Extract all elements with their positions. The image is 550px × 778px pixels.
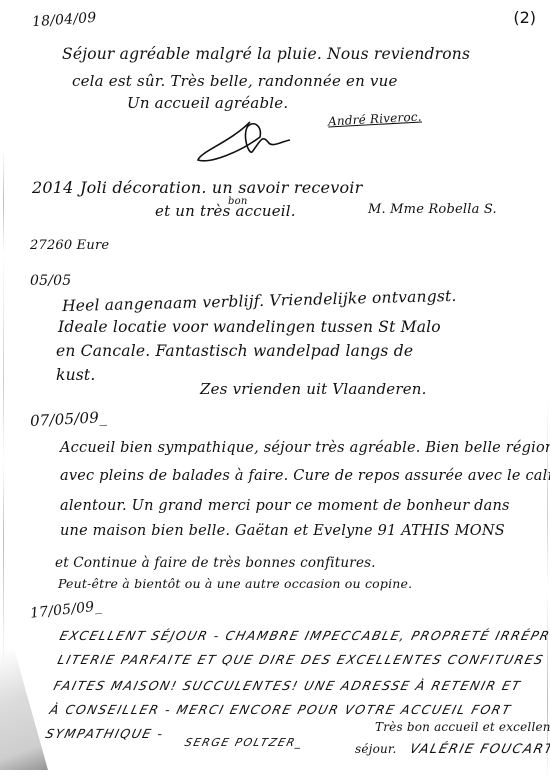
- entry-line: cela est sûr. Très belle, randonnée en v…: [72, 72, 398, 90]
- signature-scribble: [190, 112, 295, 162]
- entry-line: Ideale locatie voor wandelingen tussen S…: [58, 318, 441, 336]
- entry-line: literie parfaite et que dire des excelle…: [56, 652, 546, 667]
- entry-date: 07/05/09_: [30, 408, 108, 430]
- entry-line: à conseiller - Merci encore pour votre a…: [48, 702, 513, 717]
- entry-line: sympathique -: [44, 726, 166, 741]
- entry-line: Peut-être à bientôt ou à une autre occas…: [58, 576, 412, 591]
- scan-edge-left: [3, 150, 4, 670]
- entry-line: alentour. Un grand merci pour ce moment …: [60, 498, 510, 514]
- entry-extra-signature: Valérie Foucart.: [408, 742, 550, 757]
- entry-line: Joli décoration. un savoir recevoir: [80, 178, 362, 197]
- entry-line: Excellent séjour - chambre impeccable, p…: [58, 628, 550, 643]
- entry-line: et un très accueil.: [155, 202, 296, 220]
- entry-location: 27260 Eure: [30, 238, 109, 253]
- entry-date: 05/05: [30, 273, 71, 289]
- entry-line: et Continue à faire de très bonnes confi…: [55, 555, 376, 571]
- scan-shadow: [0, 650, 48, 770]
- entry-line: séjour.: [355, 742, 397, 756]
- entry-date: 17/05/09_: [29, 598, 102, 621]
- entry-line: faites maison! succulentes! Une adresse …: [52, 678, 523, 693]
- entry-line: Un accueil agréable.: [127, 94, 288, 112]
- entry-date: 2014: [32, 178, 74, 197]
- entry-line: Très bon accueil et excellent: [375, 720, 550, 734]
- entry-line: Accueil bien sympathique, séjour très ag…: [60, 440, 550, 456]
- entry-line: avec pleins de balades à faire. Cure de …: [60, 468, 550, 484]
- entry-signature: André Riveroc.: [328, 110, 422, 129]
- page-number: (2): [513, 8, 536, 27]
- signature-text: André Riveroc.: [328, 110, 422, 129]
- entry-signature: Zes vrienden uit Vlaanderen.: [200, 380, 427, 398]
- entry-line: kust.: [56, 366, 96, 384]
- entry-line: en Cancale. Fantastisch wandelpad langs …: [56, 342, 413, 360]
- entry-line: une maison bien belle. Gaëtan et Evelyne…: [60, 523, 505, 539]
- entry-date: 18/04/09: [32, 10, 97, 30]
- entry-signature: M. Mme Robella S.: [368, 202, 497, 217]
- guestbook-page: (2) 18/04/09 Séjour agréable malgré la p…: [0, 0, 550, 778]
- entry-signature: Serge Poltzer_: [183, 736, 304, 749]
- entry-line: Heel aangenaam verblijf. Vriendelijke on…: [62, 287, 457, 315]
- entry-line: Séjour agréable malgré la pluie. Nous re…: [62, 45, 470, 63]
